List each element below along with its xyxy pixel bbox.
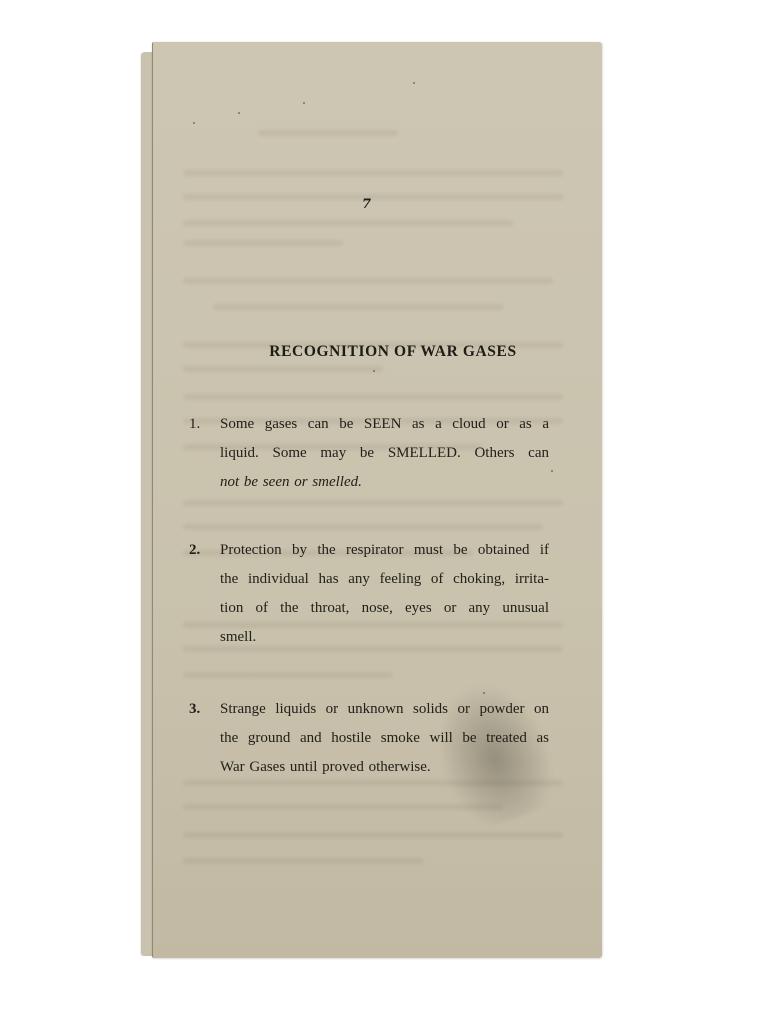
page-title: RECOGNITION OF WAR GASES: [153, 343, 602, 361]
item-line: Some gases can be SEEN as a cloud or as …: [220, 410, 549, 439]
item-number: 2.: [189, 536, 200, 565]
item-line-italic: not be seen or smelled.: [220, 468, 549, 497]
item-line: liquid. Some may be SMELLED. Others can: [220, 439, 549, 468]
item-line: the ground and hostile smoke will be tre…: [220, 724, 549, 753]
list-item-3: 3. Strange liquids or unknown solids or …: [189, 695, 549, 782]
document-page: 7 RECOGNITION OF WAR GASES 1. Some gases…: [152, 42, 602, 958]
item-line: the individual has any feeling of chokin…: [220, 565, 549, 594]
page-number: 7: [362, 197, 371, 212]
item-line: Protection by the respirator must be obt…: [220, 536, 549, 565]
item-line: War Gases until proved otherwise.: [220, 753, 549, 782]
item-line: Strange liquids or unknown solids or pow…: [220, 695, 549, 724]
item-line: tion of the throat, nose, eyes or any un…: [220, 594, 549, 623]
list-item-2: 2. Protection by the respirator must be …: [189, 536, 549, 652]
bleed-through-texture: [153, 42, 602, 958]
item-number: 1.: [189, 410, 200, 439]
item-line: smell.: [220, 623, 549, 652]
item-number: 3.: [189, 695, 200, 724]
list-item-1: 1. Some gases can be SEEN as a cloud or …: [189, 410, 549, 497]
photo-stage: 7 RECOGNITION OF WAR GASES 1. Some gases…: [0, 0, 768, 1024]
